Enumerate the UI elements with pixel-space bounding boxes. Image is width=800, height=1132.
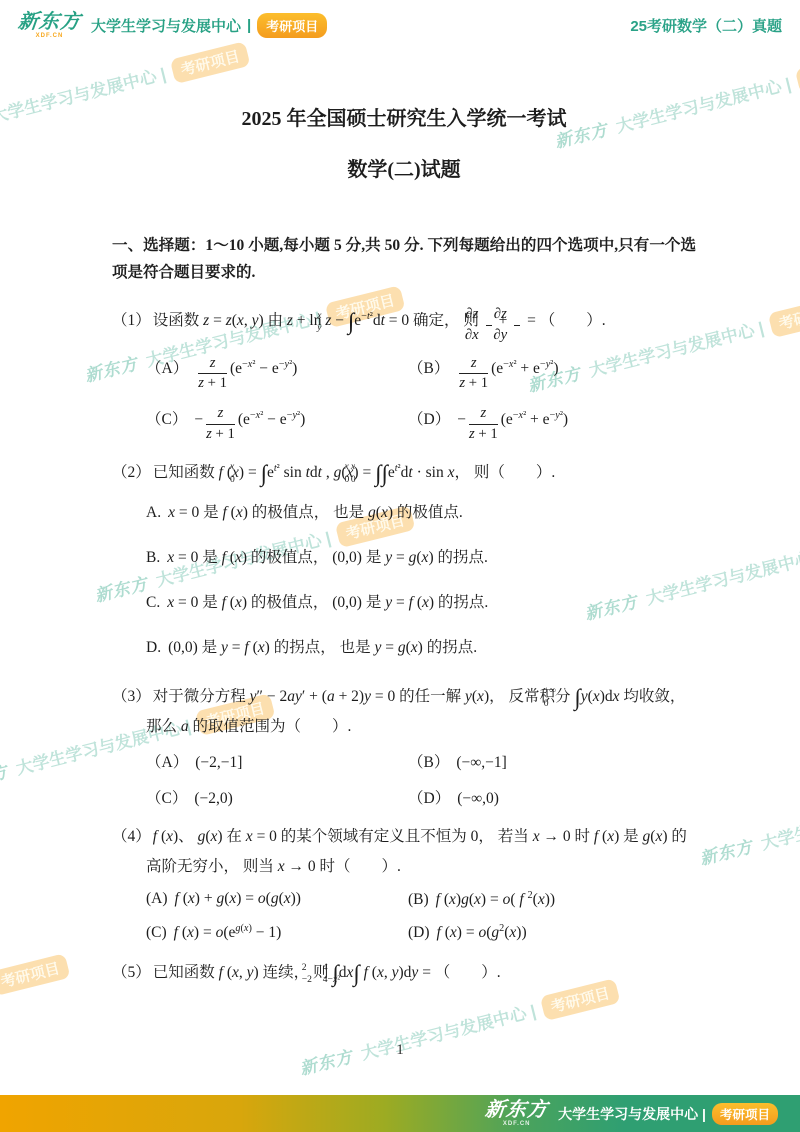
question-1-number: （1） [112,312,151,329]
option-4b: (B)f (x)g(x) = o( f 2(x)) [408,890,696,909]
option-3c: （C）(−2,0) [146,786,408,808]
document-content: 2025 年全国硕士研究生入学统一考试 数学(二)试题 一、选择题：1～10 小… [0,0,800,988]
header-doc-label: 25考研数学（二）真题 [630,15,782,36]
footer-xdf-logo: 新东方 XDF.CN [485,1100,548,1127]
xdf-logo: 新东方 XDF.CN [18,12,81,39]
option-4d: (D)f (x) = o(g2(x)) [408,923,696,942]
question-5-stem: （5）已知函数 f (x, y) 连续， 则 ∫2−2dx∫44−x² f (x… [112,958,696,988]
xdf-logo-subtext: XDF.CN [18,33,81,39]
question-3-text: 对于微分方程 y″ − 2ay′ + (a + 2)y = 0 的任一解 y(x… [146,688,685,735]
header-divider: | [247,17,251,34]
question-4-options: (A)f (x) + g(x) = o(g(x)) (B)f (x)g(x) =… [146,890,696,942]
option-2d: D.(0,0) 是 y = f (x) 的拐点， 也是 y = g(x) 的拐点… [146,637,696,659]
question-4-text: f (x)、 g(x) 在 x = 0 的某个领域有定义且不恒为 0， 若当 x… [146,828,687,875]
footer-xdf-logo-subtext: XDF.CN [485,1121,548,1127]
exam-page: 新东方大学生学习与发展中心 |考研项目新东方大学生学习与发展中心 |考研项目新东… [0,0,800,1132]
kaoyan-badge: 考研项目 [257,13,327,38]
option-1d: （D）−zz + 1(e−x² + e−y²) [408,405,696,443]
question-1-options: （A）zz + 1(e−x² − e−y²) （B）zz + 1(e−x² + … [146,355,696,444]
section-heading: 一、选择题：1～10 小题,每小题 5 分,共 50 分. 下列每题给出的四个选… [112,232,696,286]
question-3-options: （A）(−2,−1] （B）(−∞,−1] （C）(−2,0) （D）(−∞,0… [146,750,696,808]
footer-kaoyan-badge: 考研项目 [712,1103,778,1125]
question-3-number: （3） [112,688,151,705]
question-5-number: （5） [112,964,151,981]
question-5-text: 已知函数 f (x, y) 连续， 则 ∫2−2dx∫44−x² f (x, y… [153,964,501,981]
exam-title-line2: 数学(二)试题 [112,153,696,182]
question-4-number: （4） [112,828,151,845]
question-1-stem: （1）设函数 z = z(x, y) 由 z + ln z − ∫xye−t²d… [112,302,696,345]
xdf-logo-text: 新东方 [17,12,82,32]
option-4a: (A)f (x) + g(x) = o(g(x)) [146,890,408,908]
question-2-number: （2） [112,464,151,481]
option-2a: A.x = 0 是 f (x) 的极值点， 也是 g(x) 的极值点. [146,502,696,524]
page-number: 1 [0,1042,800,1059]
question-4-stem: （4）f (x)、 g(x) 在 x = 0 的某个领域有定义且不恒为 0， 若… [112,822,696,882]
footer-bar: 新东方 XDF.CN 大学生学习与发展中心 | 考研项目 [0,1095,800,1132]
option-2b: B.x = 0 是 f (x) 的极值点， (0,0) 是 y = g(x) 的… [146,547,696,569]
header-bar: 新东方 XDF.CN 大学生学习与发展中心 | 考研项目 25考研数学（二）真题 [0,0,800,50]
watermark: 新东方大学生学习与发展中心 |考研项目 [297,976,620,1081]
question-1-text: 设函数 z = z(x, y) 由 z + ln z − ∫xye−t²dt =… [153,312,606,329]
header-center: 大学生学习与发展中心 | 考研项目 [91,13,327,38]
question-3-stem: （3）对于微分方程 y″ − 2ay′ + (a + 2)y = 0 的任一解 … [112,682,696,742]
option-1a: （A）zz + 1(e−x² − e−y²) [146,355,408,393]
exam-title-line1: 2025 年全国硕士研究生入学统一考试 [112,102,696,131]
option-4c: (C)f (x) = o(eg(x) − 1) [146,923,408,942]
option-2c: C.x = 0 是 f (x) 的极值点， (0,0) 是 y = f (x) … [146,592,696,614]
option-3b: （B）(−∞,−1] [408,750,696,772]
footer-center-text: 大学生学习与发展中心 | [558,1104,706,1124]
option-3a: （A）(−2,−1] [146,750,408,772]
header-center-text: 大学生学习与发展中心 [91,15,241,36]
option-3d: （D）(−∞,0) [408,786,696,808]
question-2-options: A.x = 0 是 f (x) 的极值点， 也是 g(x) 的极值点. B.x … [146,502,696,659]
option-1c: （C）−zz + 1(e−x² − e−y²) [146,405,408,443]
question-2-text: 已知函数 f (x) = ∫x0et² sin tdt , g(x) = ∫x0… [153,464,555,481]
footer-xdf-logo-text: 新东方 [484,1100,549,1120]
question-2-stem: （2）已知函数 f (x) = ∫x0et² sin tdt , g(x) = … [112,453,696,487]
option-1b: （B）zz + 1(e−x² + e−y²) [408,355,696,393]
